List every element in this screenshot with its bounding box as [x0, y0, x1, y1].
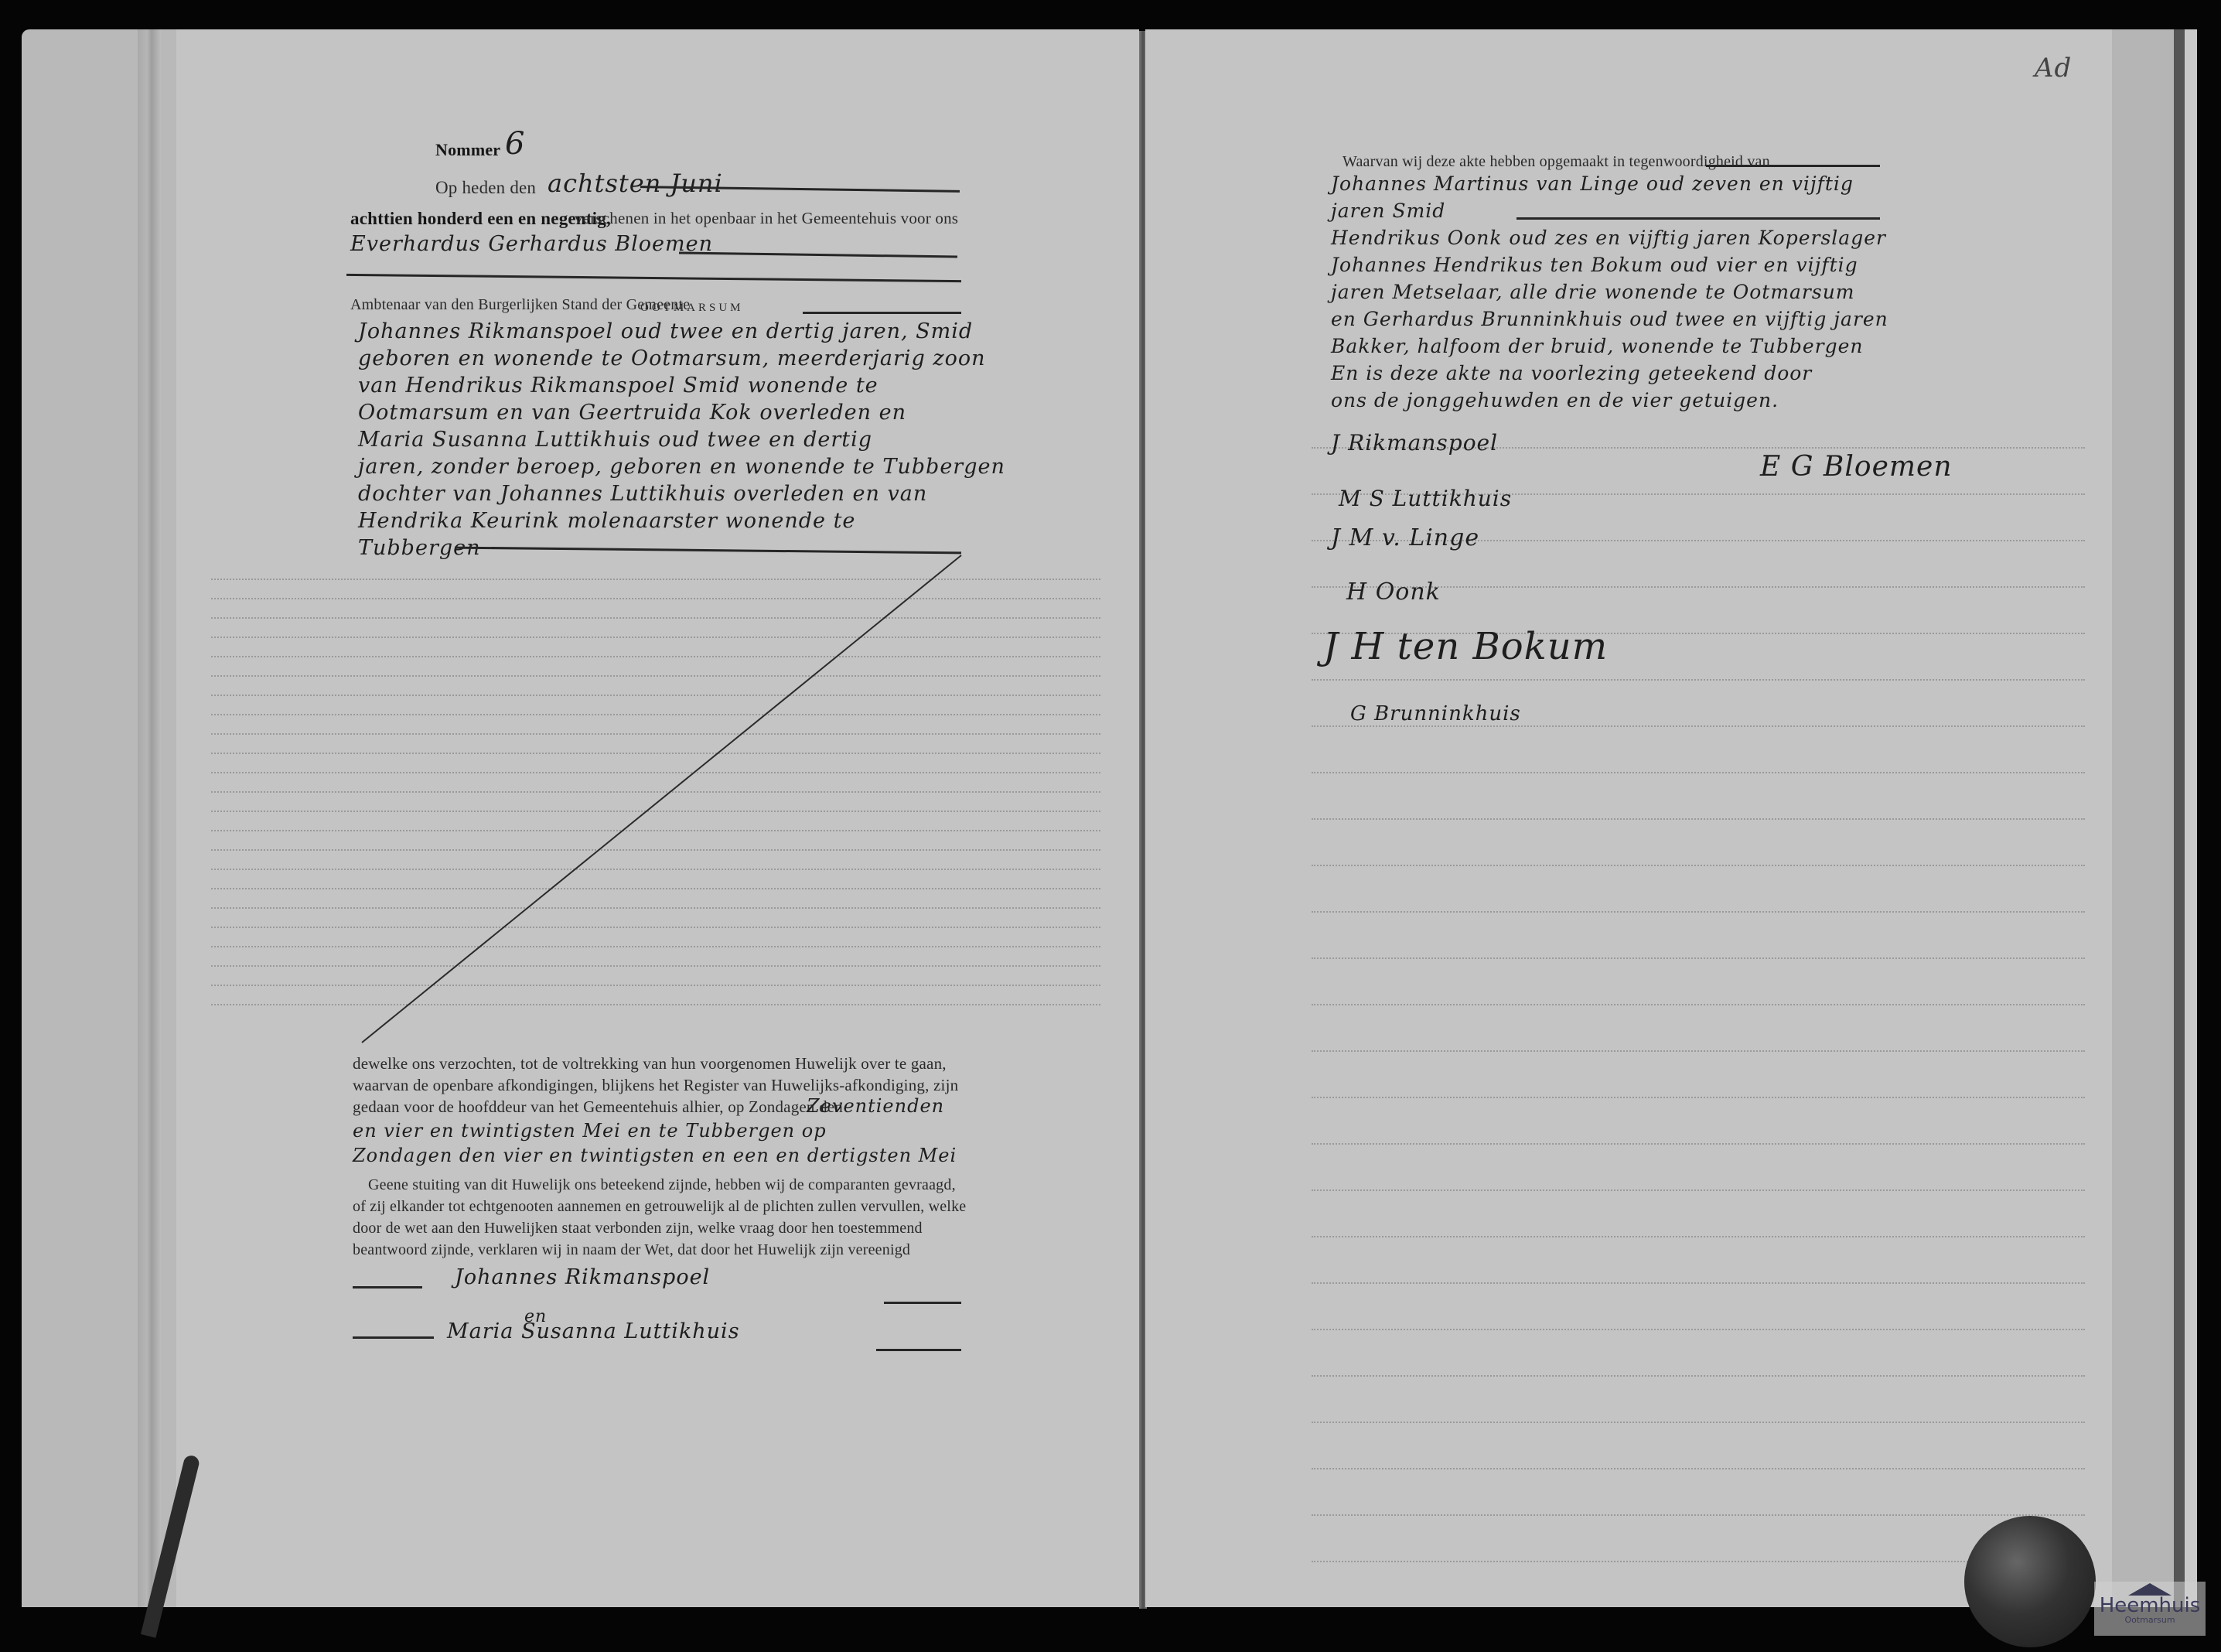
declaration-line: beantwoord zijnde, verklaren wij in naam…: [353, 1241, 910, 1259]
witness-line: Bakker, halfoom der bruid, wonende te Tu…: [1331, 335, 1864, 357]
witness-line: jaren Metselaar, alle drie wonende te Oo…: [1331, 281, 1855, 303]
declaration-line: of zij elkander tot echtgenooten aanneme…: [353, 1198, 966, 1216]
heemhuis-watermark: Heemhuis Ootmarsum: [2094, 1582, 2206, 1636]
request-line: gedaan voor de hoofddeur van het Gemeent…: [353, 1097, 843, 1117]
witness-line: en Gerhardus Brunninkhuis oud twee en vi…: [1331, 308, 1888, 330]
witness-line: Johannes Hendrikus ten Bokum oud vier en…: [1331, 254, 1858, 276]
request-line: dewelke ons verzochten, tot de voltrekki…: [353, 1054, 947, 1073]
signature: J M v. Linge: [1331, 524, 1479, 551]
witness-line: jaren Smid: [1331, 200, 1445, 222]
witness-line: Johannes Martinus van Linge oud zeven en…: [1331, 172, 1854, 195]
bride-name: Maria Susanna Luttikhuis: [447, 1319, 740, 1343]
right-page: Ad Waarvan wij deze akte hebben opgemaak…: [1145, 29, 2112, 1607]
witnesses-intro: Waarvan wij deze akte hebben opgemaakt i…: [1342, 153, 1770, 171]
declaration-line: Geene stuiting van dit Huwelijk ons bete…: [368, 1176, 956, 1194]
watermark-brand: Heemhuis: [2094, 1596, 2206, 1616]
signature: M S Luttikhuis: [1339, 486, 1512, 511]
right-cover-board: [2112, 29, 2197, 1607]
groom-name: Johannes Rikmanspoel: [455, 1265, 710, 1289]
signature: H Oonk: [1346, 579, 1441, 606]
witness-line: ons de jonggehuwden en de vier getuigen.: [1331, 389, 1779, 411]
signature: J H ten Bokum: [1323, 625, 1608, 668]
left-cover-board: [22, 29, 176, 1607]
request-line: waarvan de openbare afkondigingen, blijk…: [353, 1076, 958, 1095]
page-weight: [1964, 1516, 2096, 1647]
open-register-book: Nommer 6 Op heden den achtsten Juni acht…: [22, 29, 2199, 1627]
official-signature: E G Bloemen: [1760, 451, 1953, 483]
witness-line: Hendrikus Oonk oud zes en vijftig jaren …: [1331, 227, 1886, 249]
proclamation-handwritten: en vier en twintigsten Mei en te Tubberg…: [353, 1120, 827, 1142]
left-page: Nommer 6 Op heden den achtsten Juni acht…: [176, 29, 1139, 1607]
cancel-diagonal-line: [176, 29, 1139, 1607]
witness-line: En is deze akte na voorlezing geteekend …: [1331, 362, 1812, 384]
declaration-line: door de wet aan den Huwelijken staat ver…: [353, 1220, 923, 1237]
proclamation-handwritten: Zondagen den vier en twintigsten en een …: [353, 1145, 957, 1166]
folio-mark: Ad: [2035, 53, 2072, 84]
proclamation-handwritten: Zeventienden: [807, 1095, 944, 1117]
signature: J Rikmanspoel: [1331, 430, 1498, 456]
signature: G Brunninkhuis: [1350, 702, 1521, 725]
